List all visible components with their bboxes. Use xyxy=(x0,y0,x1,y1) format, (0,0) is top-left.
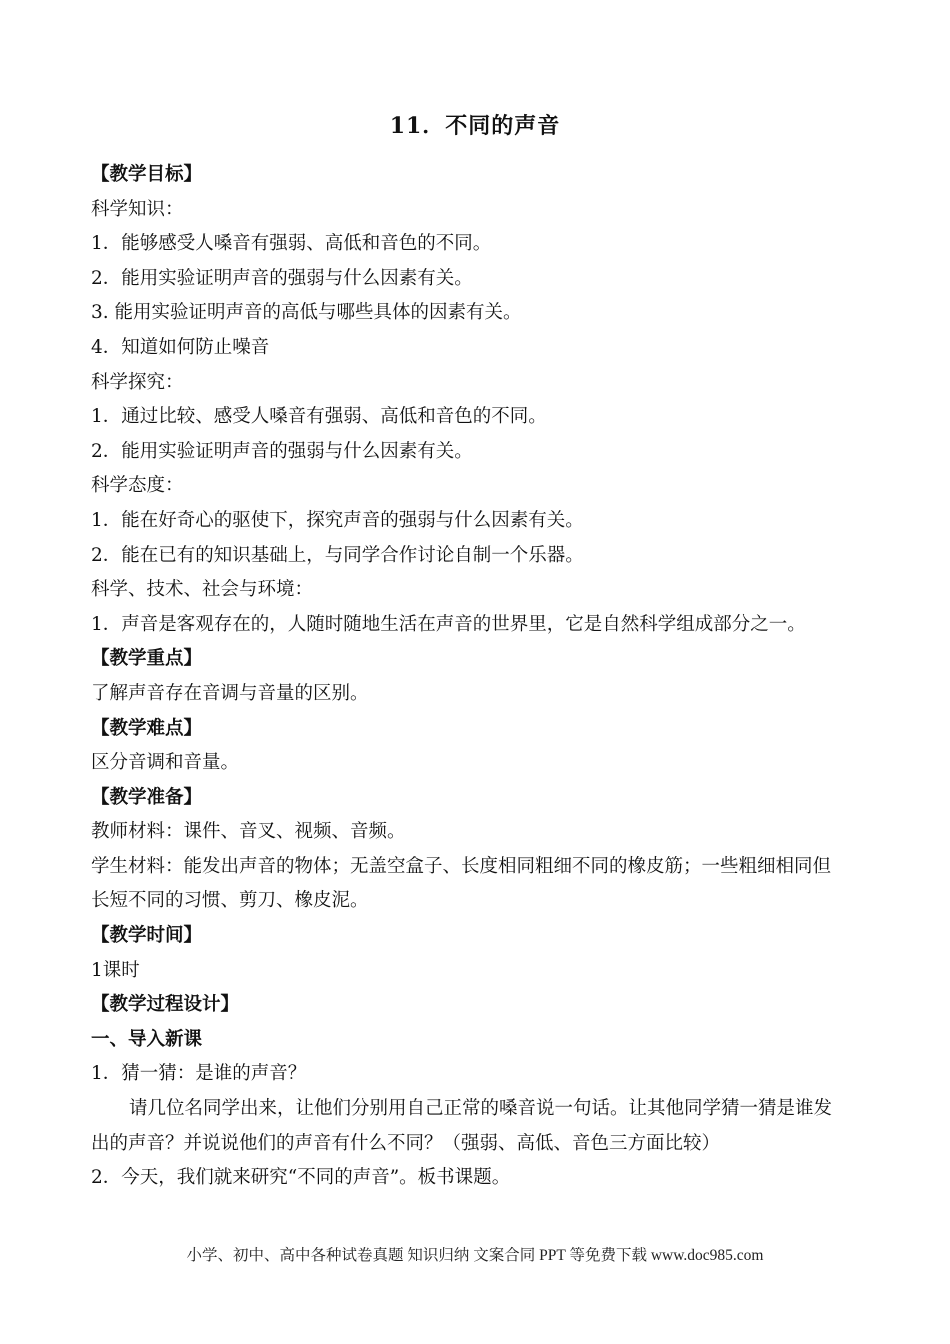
section-heading-preparation: 【教学准备】 xyxy=(91,781,866,816)
key-points-text: 了解声音存在音调与音量的区别。 xyxy=(91,677,866,712)
student-materials-line-2: 长短不同的习惯、剪刀、橡皮泥。 xyxy=(91,884,866,919)
inquiry-item: 2．能用实验证明声音的强弱与什么因素有关。 xyxy=(91,435,866,470)
student-materials-line-1: 学生材料：能发出声音的物体；无盖空盒子、长度相同粗细不同的橡皮筋；一些粗细相同但 xyxy=(91,850,866,885)
section-heading-key-points: 【教学重点】 xyxy=(91,642,866,677)
attitude-item: 1．能在好奇心的驱使下，探究声音的强弱与什么因素有关。 xyxy=(91,504,866,539)
knowledge-item: 4．知道如何防止噪音 xyxy=(91,331,866,366)
teacher-materials: 教师材料：课件、音叉、视频、音频。 xyxy=(91,815,866,850)
document-title: 11．不同的声音 xyxy=(0,110,950,142)
knowledge-item: 1．能够感受人嗓音有强弱、高低和音色的不同。 xyxy=(91,227,866,262)
process-step-1-description-line-1: 请几位名同学出来，让他们分别用自己正常的嗓音说一句话。让其他同学猜一猜是谁发 xyxy=(91,1092,866,1127)
document-page: 11．不同的声音 【教学目标】 科学知识： 1．能够感受人嗓音有强弱、高低和音色… xyxy=(0,0,950,1344)
knowledge-item: 3. 能用实验证明声音的高低与哪些具体的因素有关。 xyxy=(91,296,866,331)
subsection-label-stse: 科学、技术、社会与环境： xyxy=(91,573,866,608)
section-heading-time: 【教学时间】 xyxy=(91,919,866,954)
difficulties-text: 区分音调和音量。 xyxy=(91,746,866,781)
section-heading-process: 【教学过程设计】 xyxy=(91,988,866,1023)
subsection-label-attitude: 科学态度： xyxy=(91,469,866,504)
document-body: 【教学目标】 科学知识： 1．能够感受人嗓音有强弱、高低和音色的不同。 2．能用… xyxy=(91,158,866,1196)
section-heading-objectives: 【教学目标】 xyxy=(91,158,866,193)
process-step-1: 1．猜一猜：是谁的声音？ xyxy=(91,1057,866,1092)
inquiry-item: 1．通过比较、感受人嗓音有强弱、高低和音色的不同。 xyxy=(91,400,866,435)
process-part1-heading: 一、导入新课 xyxy=(91,1023,866,1058)
stse-item: 1．声音是客观存在的，人随时随地生活在声音的世界里，它是自然科学组成部分之一。 xyxy=(91,608,866,643)
knowledge-item: 2．能用实验证明声音的强弱与什么因素有关。 xyxy=(91,262,866,297)
process-step-1-description-line-2: 出的声音？并说说他们的声音有什么不同？（强弱、高低、音色三方面比较） xyxy=(91,1127,866,1162)
footer-watermark: 小学、初中、高中各种试卷真题 知识归纳 文案合同 PPT 等免费下载 www.d… xyxy=(0,1243,950,1265)
subsection-label-knowledge: 科学知识： xyxy=(91,193,866,228)
time-text: 1课时 xyxy=(91,954,866,989)
section-heading-difficulties: 【教学难点】 xyxy=(91,712,866,747)
subsection-label-inquiry: 科学探究： xyxy=(91,366,866,401)
attitude-item: 2．能在已有的知识基础上，与同学合作讨论自制一个乐器。 xyxy=(91,539,866,574)
process-step-2: 2．今天，我们就来研究“不同的声音”。板书课题。 xyxy=(91,1161,866,1196)
